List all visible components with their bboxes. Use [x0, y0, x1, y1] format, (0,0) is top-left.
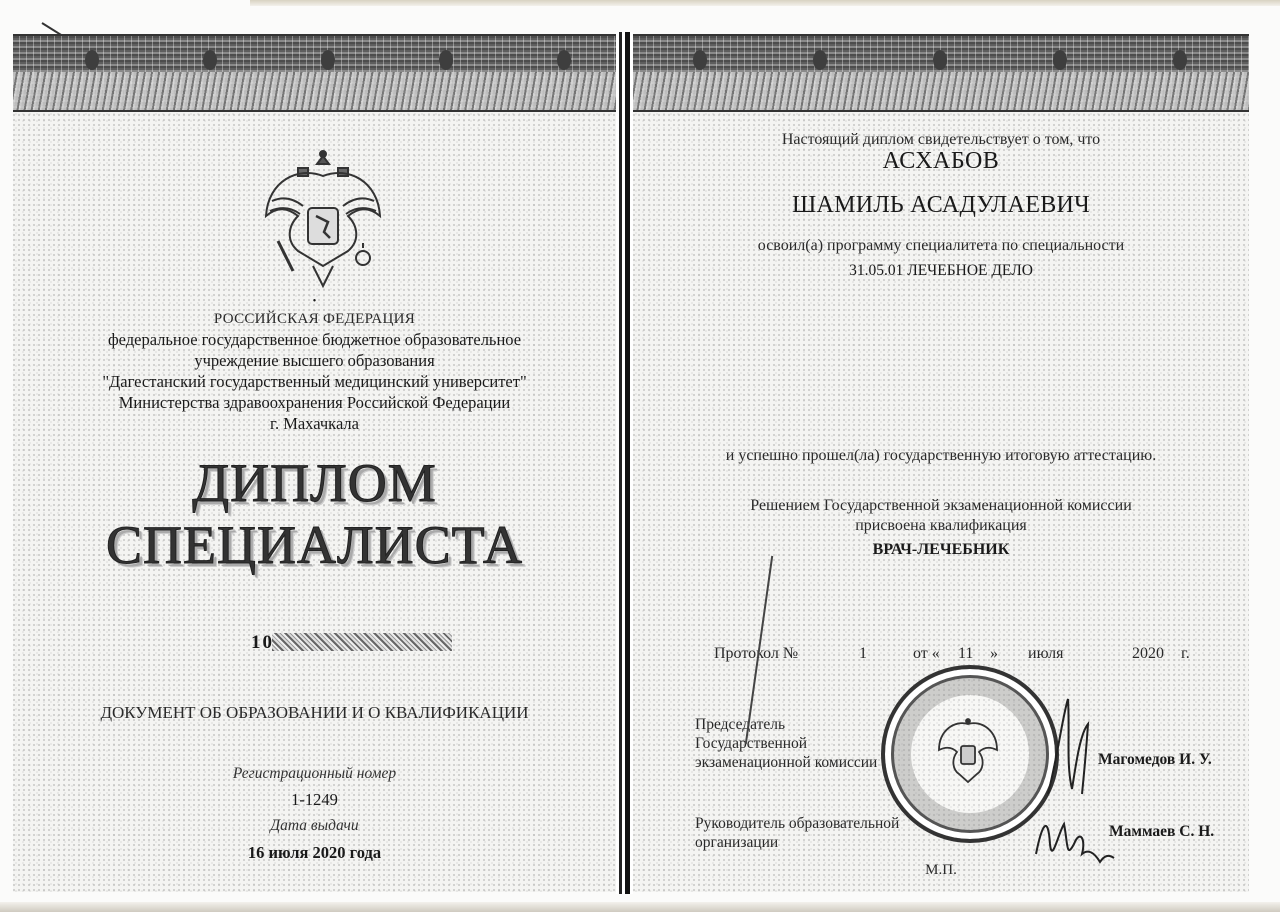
- head-label: Руководитель образовательной организации: [695, 814, 899, 852]
- chairman-label: Председатель Государственной экзаменацио…: [695, 715, 877, 772]
- registration-number-label: Регистрационный номер: [13, 765, 616, 783]
- registration-number: 1-1249: [13, 790, 616, 810]
- qualification: ВРАЧ-ЛЕЧЕБНИК: [633, 541, 1249, 559]
- protocol-number: 1: [859, 645, 867, 663]
- institution-line-2: учреждение высшего образования: [13, 351, 616, 371]
- graduate-given-names: ШАМИЛЬ АСАДУЛАЕВИЧ: [633, 192, 1249, 219]
- diploma-right-page: Настоящий диплом свидетельствует о том, …: [633, 34, 1249, 892]
- graduate-surname: АСХАБОВ: [633, 148, 1249, 175]
- protocol-year-suffix: г.: [1181, 645, 1190, 663]
- institution-line-1: федеральное государственное бюджетное об…: [13, 330, 616, 350]
- scan-edge-top: [250, 0, 1280, 6]
- country-name: РОССИЙСКАЯ ФЕДЕРАЦИЯ: [13, 311, 616, 328]
- chairman-label-line-3: экзаменационной комиссии: [695, 753, 877, 772]
- protocol-day: 11: [958, 645, 973, 663]
- issue-date-label: Дата выдачи: [13, 817, 616, 835]
- protocol-month: июля: [1028, 645, 1063, 663]
- program-text: освоил(а) программу специалитета по спец…: [633, 237, 1249, 255]
- chairman-name: Магомедов И. У.: [1098, 751, 1212, 769]
- stamp-place-mark: М.П.: [633, 862, 1249, 879]
- scan-edge-bottom: [0, 902, 1280, 912]
- guilloche-band-right: [633, 34, 1249, 112]
- decision-line-1: Решением Государственной экзаменационной…: [633, 497, 1249, 515]
- protocol-year: 2020: [1132, 645, 1164, 663]
- document-type: ДОКУМЕНТ ОБ ОБРАЗОВАНИИ И О КВАЛИФИКАЦИИ: [13, 703, 616, 723]
- specialty: 31.05.01 ЛЕЧЕБНОЕ ДЕЛО: [633, 262, 1249, 280]
- institution-line-5: г. Махачкала: [13, 414, 616, 434]
- coat-of-arms-icon: [258, 146, 388, 296]
- decision-line-2: присвоена квалификация: [633, 517, 1249, 535]
- diploma-left-page: • РОССИЙСКАЯ ФЕДЕРАЦИЯ федеральное госуд…: [13, 34, 616, 892]
- serial-number-redacted: [272, 633, 452, 651]
- seal-coat-of-arms-icon: [935, 718, 1001, 790]
- protocol-from-label: от «: [913, 645, 940, 663]
- dot-mark: •: [13, 296, 616, 307]
- protocol-close-quote: »: [990, 645, 998, 663]
- head-name: Маммаев С. Н.: [1109, 823, 1214, 841]
- issue-date: 16 июля 2020 года: [13, 843, 616, 863]
- institution-line-4: Министерства здравоохранения Российской …: [13, 393, 616, 413]
- head-label-line-1: Руководитель образовательной: [695, 814, 899, 833]
- serial-number-prefix: 10: [251, 632, 274, 654]
- booklet-spine: [616, 32, 633, 894]
- chairman-label-line-2: Государственной: [695, 734, 877, 753]
- certifies-text: Настоящий диплом свидетельствует о том, …: [633, 131, 1249, 149]
- attestation-text: и успешно прошел(ла) государственную ито…: [633, 447, 1249, 465]
- institution-line-3: "Дагестанский государственный медицински…: [13, 372, 616, 392]
- head-label-line-2: организации: [695, 833, 899, 852]
- diploma-title-line-1: ДИПЛОМ: [13, 452, 616, 514]
- diploma-title-line-2: СПЕЦИАЛИСТА: [13, 514, 616, 576]
- chairman-signature: [1038, 694, 1098, 804]
- guilloche-band-left: [13, 34, 616, 112]
- chairman-label-line-1: Председатель: [695, 715, 877, 734]
